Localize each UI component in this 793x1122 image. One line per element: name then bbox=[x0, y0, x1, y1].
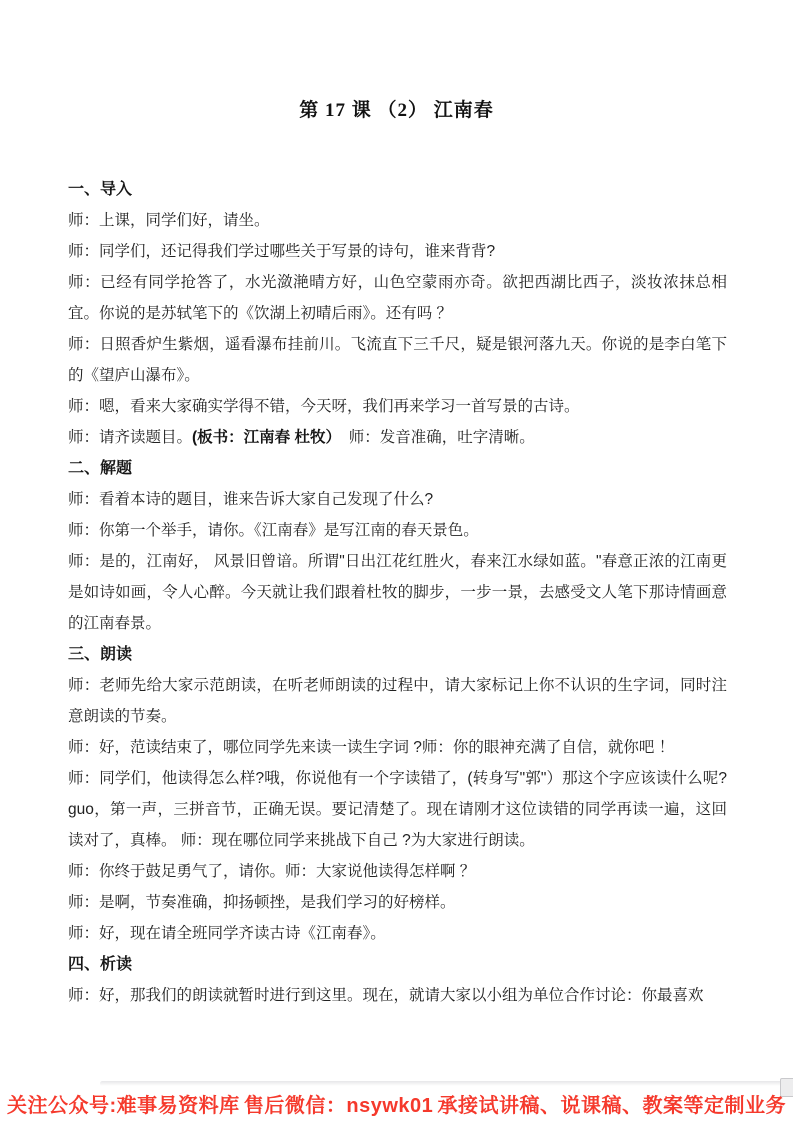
page-bottom-shadow bbox=[100, 1081, 793, 1086]
dialogue-text: 师：发音准确，吐字清晰。 bbox=[333, 429, 535, 446]
dialogue-line-board-note: 师：请齐读题目。(板书：江南春 杜牧） 师：发音准确，吐字清晰。 bbox=[68, 422, 727, 453]
section-heading-analysis: 四、析读 bbox=[68, 949, 727, 980]
dialogue-line: 师：已经有同学抢答了，水光潋滟晴方好，山色空蒙雨亦奇。欲把西湖比西子，淡妆浓抹总… bbox=[68, 267, 727, 329]
dialogue-line: 师：是的，江南好， 风景旧曾谙。所谓"日出江花红胜火，春来江水绿如蓝。"春意正浓… bbox=[68, 546, 727, 639]
dialogue-text: 师：请齐读题目。 bbox=[68, 429, 192, 446]
section-heading-intro: 一、导入 bbox=[68, 174, 727, 205]
section-heading-reading: 三、朗读 bbox=[68, 639, 727, 670]
document-page: 第 17 课 （2） 江南春 一、导入 师：上课，同学们好，请坐。 师：同学们，… bbox=[0, 0, 793, 1122]
dialogue-line: 师：老师先给大家示范朗读，在听老师朗读的过程中，请大家标记上你不认识的生字词，同… bbox=[68, 670, 727, 732]
dialogue-line: 师：是啊，节奏准确，抑扬顿挫，是我们学习的好榜样。 bbox=[68, 887, 727, 918]
dialogue-line: 师：上课，同学们好，请坐。 bbox=[68, 205, 727, 236]
dialogue-line: 师：嗯，看来大家确实学得不错，今天呀，我们再来学习一首写景的古诗。 bbox=[68, 391, 727, 422]
dialogue-line: 师：好，范读结束了，哪位同学先来读一读生字词 ?师：你的眼神充满了自信，就你吧 … bbox=[68, 732, 727, 763]
footer-public-account: 关注公众号:难事易资料库 bbox=[7, 1093, 240, 1120]
section-heading-topic: 二、解题 bbox=[68, 453, 727, 484]
promo-footer: 关注公众号:难事易资料库 售后微信：nsywk01 承接试讲稿、说课稿、教案等定… bbox=[7, 1093, 786, 1120]
footer-services: 承接试讲稿、说课稿、教案等定制业务 bbox=[438, 1093, 787, 1120]
board-note-bold: (板书：江南春 杜牧） bbox=[192, 429, 333, 446]
dialogue-line: 师：你终于鼓足勇气了，请你。师：大家说他读得怎样啊 ？ bbox=[68, 856, 727, 887]
dialogue-line: 师：日照香炉生紫烟，遥看瀑布挂前川。飞流直下三千尺，疑是银河落九天。你说的是李白… bbox=[68, 329, 727, 391]
footer-wechat-contact: 售后微信：nsywk01 bbox=[244, 1093, 433, 1120]
page-title: 第 17 课 （2） 江南春 bbox=[0, 0, 793, 125]
dialogue-line: 师：好，现在请全班同学齐读古诗《江南春》。 bbox=[68, 918, 727, 949]
dialogue-line: 师：同学们，还记得我们学过哪些关于写景的诗句，谁来背背? bbox=[68, 236, 727, 267]
dialogue-line: 师：看着本诗的题目，谁来告诉大家自己发现了什么? bbox=[68, 484, 727, 515]
dialogue-line: 师：同学们，他读得怎么样?哦，你说他有一个字读错了，(转身写"郭"）那这个字应该… bbox=[68, 763, 727, 856]
dialogue-line: 师：你第一个举手，请你。《江南春》是写江南的春天景色。 bbox=[68, 515, 727, 546]
dialogue-line: 师：好，那我们的朗读就暂时进行到这里。现在，就请大家以小组为单位合作讨论：你最喜… bbox=[68, 980, 727, 1011]
document-body: 一、导入 师：上课，同学们好，请坐。 师：同学们，还记得我们学过哪些关于写景的诗… bbox=[68, 174, 727, 1011]
